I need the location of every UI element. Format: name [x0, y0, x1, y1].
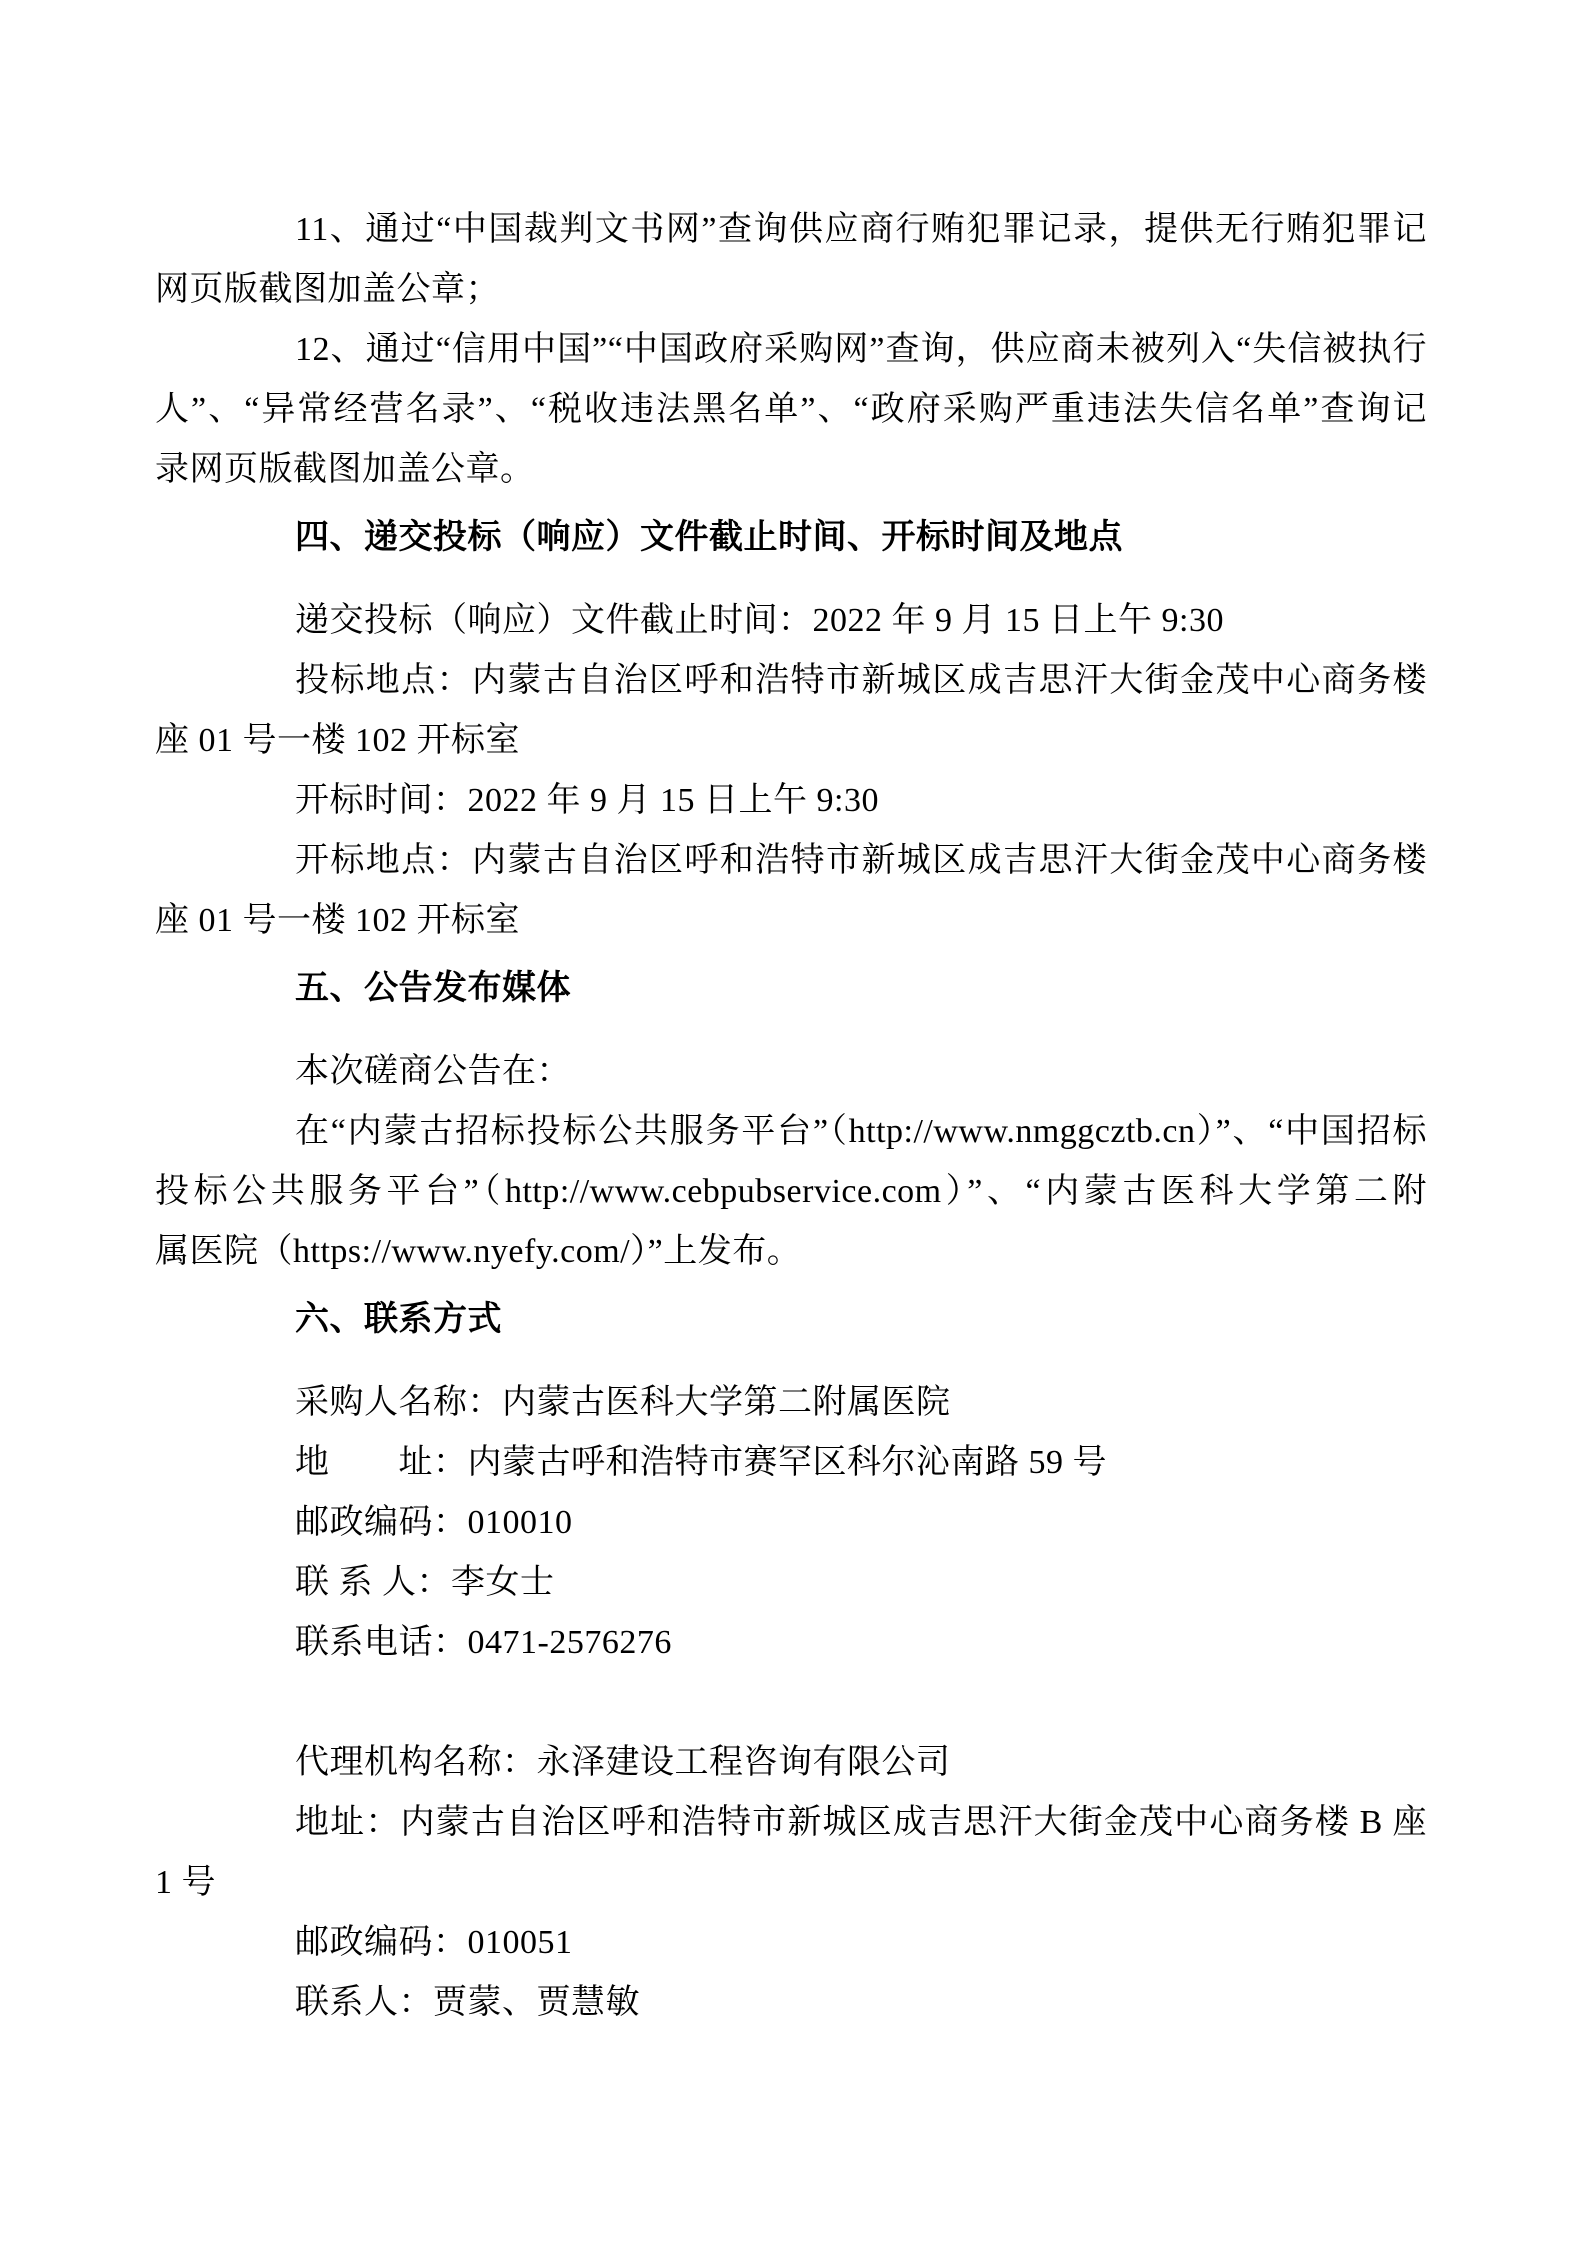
document-line: 邮政编码：010010 — [155, 1493, 1427, 1553]
document-line: 递交投标（响应）文件截止时间：2022 年 9 月 15 日上午 9:30 — [155, 591, 1427, 651]
document-line: 人”、“异常经营名录”、“税收违法黑名单”、“政府采购严重违法失信名单”查询记 — [155, 380, 1427, 440]
document-line: 座 01 号一楼 102 开标室 — [155, 891, 1427, 951]
document-line: 联 系 人：李女士 — [155, 1553, 1427, 1613]
section-heading: 五、公告发布媒体 — [155, 959, 1427, 1019]
document-line: 12、通过“信用中国”“中国政府采购网”查询，供应商未被列入“失信被执行 — [155, 320, 1427, 380]
document-line: 开标时间：2022 年 9 月 15 日上午 9:30 — [155, 771, 1427, 831]
document-line: 采购人名称：内蒙古医科大学第二附属医院 — [155, 1373, 1427, 1433]
document-line: 11、通过“中国裁判文书网”查询供应商行贿犯罪记录，提供无行贿犯罪记录 — [155, 200, 1427, 260]
blank-line — [155, 1673, 1427, 1733]
document-line: 在“内蒙古招标投标公共服务平台”（http://www.nmggcztb.cn）… — [155, 1102, 1427, 1162]
document-line: 属医院（https://www.nyefy.com/）”上发布。 — [155, 1222, 1427, 1282]
document-line: 网页版截图加盖公章； — [155, 260, 1427, 320]
document-page: 11、通过“中国裁判文书网”查询供应商行贿犯罪记录，提供无行贿犯罪记录网页版截图… — [0, 0, 1587, 2245]
document-line: 录网页版截图加盖公章。 — [155, 440, 1427, 500]
section-heading: 四、递交投标（响应）文件截止时间、开标时间及地点 — [155, 508, 1427, 568]
document-line: 1 号 — [155, 1853, 1427, 1913]
document-line: 邮政编码：010051 — [155, 1913, 1427, 1973]
document-line: 本次磋商公告在： — [155, 1042, 1427, 1102]
document-line: 地址：内蒙古自治区呼和浩特市新城区成吉思汗大街金茂中心商务楼 B 座 0 — [155, 1793, 1427, 1853]
document-line: 联系电话：0471-2576276 — [155, 1613, 1427, 1673]
document-line: 座 01 号一楼 102 开标室 — [155, 711, 1427, 771]
document-line: 联系人：贾蒙、贾慧敏 — [155, 1973, 1427, 2033]
document-line: 投标地点：内蒙古自治区呼和浩特市新城区成吉思汗大街金茂中心商务楼 B — [155, 651, 1427, 711]
document-line: 代理机构名称：永泽建设工程咨询有限公司 — [155, 1733, 1427, 1793]
section-heading: 六、联系方式 — [155, 1290, 1427, 1350]
document-line: 地 址：内蒙古呼和浩特市赛罕区科尔沁南路 59 号 — [155, 1433, 1427, 1493]
document-content: 11、通过“中国裁判文书网”查询供应商行贿犯罪记录，提供无行贿犯罪记录网页版截图… — [0, 0, 1587, 2033]
document-line: 投标公共服务平台”（http://www.cebpubservice.com）”… — [155, 1162, 1427, 1222]
document-line: 开标地点：内蒙古自治区呼和浩特市新城区成吉思汗大街金茂中心商务楼 B — [155, 831, 1427, 891]
